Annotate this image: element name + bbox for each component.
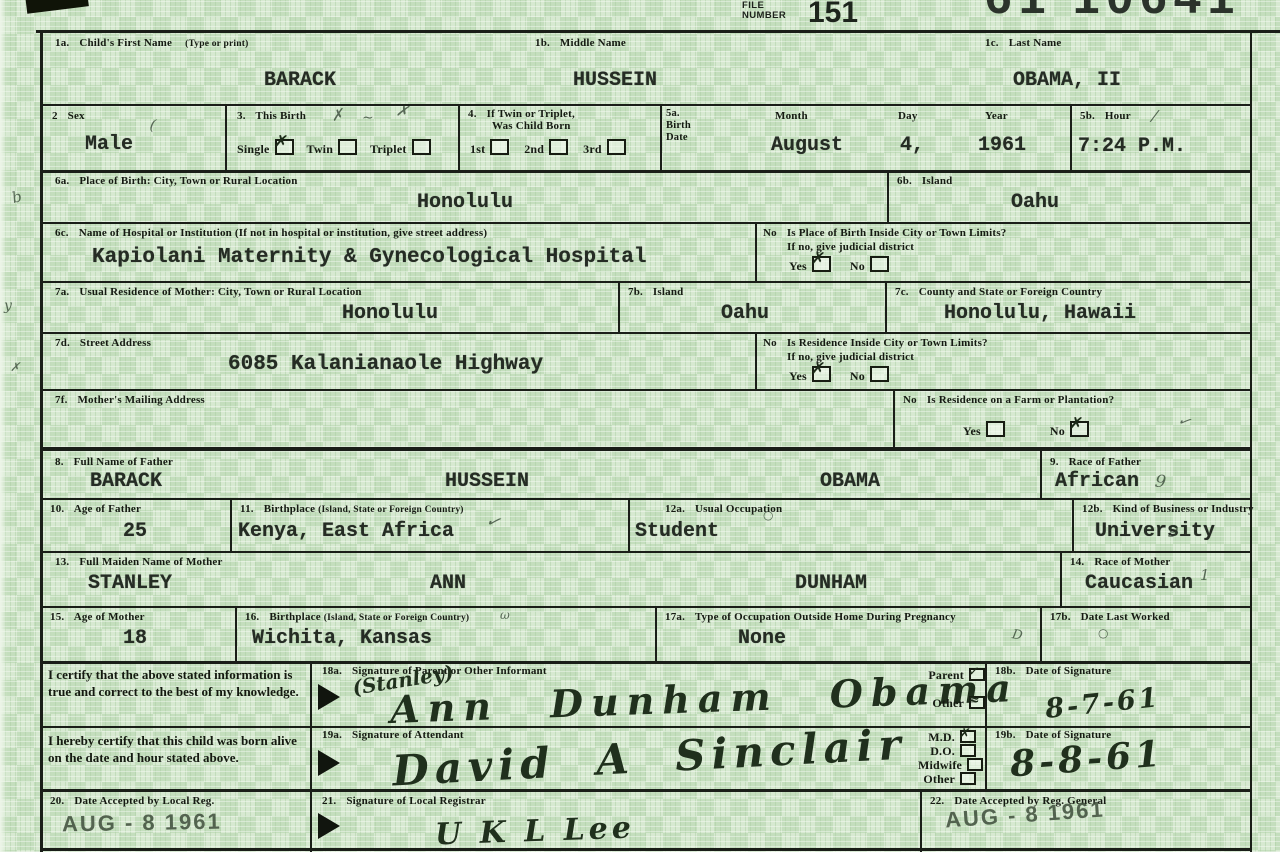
field-number: 4.: [468, 108, 477, 120]
divider: [40, 389, 1252, 391]
divider: [1250, 32, 1252, 852]
field-2-value: Male: [85, 133, 133, 156]
divider: [628, 498, 630, 551]
field-17a-value: None: [738, 627, 786, 650]
field-number: 7d.: [55, 337, 70, 349]
handwritten-mark: ○: [1098, 626, 1108, 640]
field-6d-label-line2: If no, give judicial district: [787, 241, 914, 253]
arrow-icon: [318, 813, 340, 839]
do-label: D.O.: [930, 744, 955, 758]
label-text: Middle Name: [560, 37, 626, 49]
arrow-icon: [318, 684, 340, 710]
checkbox-mark: ✗: [958, 726, 972, 741]
field-21-label: 21. Signature of Local Registrar: [322, 795, 486, 807]
midwife-label: Midwife: [918, 758, 962, 772]
midwife-option: Midwife: [918, 758, 976, 773]
divider: [40, 332, 1252, 334]
field-17a-label: 17a. Type of Occupation Outside Home Dur…: [665, 611, 956, 623]
label-hint: (Island, State or Foreign Country): [318, 505, 464, 515]
divider: [458, 104, 460, 170]
field-11-value: Kenya, East Africa: [238, 520, 454, 543]
divider: [235, 606, 237, 661]
checkbox-do: [960, 744, 976, 757]
label-hint: (Type or print): [185, 39, 248, 49]
option-twin-label: Twin: [307, 142, 334, 156]
divider: [40, 661, 1252, 664]
file-number-label: FILE NUMBER: [742, 1, 786, 21]
checkbox-7g-no: ✗: [1070, 421, 1089, 437]
divider: [1040, 606, 1042, 661]
label-text: Signature of Local Registrar: [346, 795, 486, 807]
label-text: Island: [922, 175, 953, 187]
checkbox-7e-yes: ✗: [812, 366, 831, 382]
checkbox-other-attendant: [960, 772, 976, 785]
field-10-value: 25: [95, 520, 175, 543]
field-number: 17b.: [1050, 611, 1071, 623]
field-18b-label: 18b. Date of Signature: [995, 665, 1111, 677]
label-text: Full Name of Father: [74, 456, 173, 468]
field-7g-options: Yes No✗: [963, 421, 1089, 439]
birth-month-value: August: [747, 134, 867, 157]
label-text: Race of Father: [1069, 456, 1141, 468]
field-number: 18b.: [995, 665, 1016, 677]
divider: [660, 104, 662, 170]
field-number: 19b.: [995, 729, 1016, 741]
checkbox-twin: [338, 139, 357, 155]
scan-edge: [0, 0, 7, 852]
checkbox-2nd: [549, 139, 568, 155]
father-last-name: OBAMA: [820, 470, 880, 493]
field-1b-label: 1b. Middle Name: [535, 37, 626, 49]
handwritten-mark: ✗: [395, 101, 410, 121]
other-label: Other: [923, 772, 955, 786]
field-20-label: 20. Date Accepted by Local Reg.: [50, 795, 214, 807]
label-text: Name of Hospital or Institution (If not …: [79, 227, 488, 239]
signature-attendant: David A Sinclair: [391, 720, 908, 796]
label-text: Full Maiden Name of Mother: [79, 556, 222, 568]
field-12b-label: 12b. Kind of Business or Industry: [1082, 503, 1254, 515]
month-column-label: Month: [775, 110, 808, 122]
do-option: D.O.: [918, 744, 976, 759]
label-text: Date Last Worked: [1081, 611, 1170, 623]
divider: [40, 170, 1252, 173]
divider: [1060, 551, 1062, 606]
handwritten-mark: 9: [1154, 471, 1168, 492]
label-text: Is Residence Inside City or Town Limits?: [787, 337, 988, 349]
field-10-label: 10. Age of Father: [50, 503, 141, 515]
arrow-icon: [318, 750, 340, 776]
no-label: No: [850, 369, 865, 383]
divider: [40, 281, 1252, 283]
field-number: No: [763, 337, 777, 349]
label-text: Birthplace: [264, 503, 316, 515]
option-3rd-label: 3rd: [583, 142, 602, 156]
field-number: 2: [52, 110, 58, 122]
label-text: Signature of Attendant: [352, 729, 464, 741]
field-7e-options: Yes✗ No: [789, 366, 889, 384]
label-text: If Twin or Triplet,: [487, 108, 575, 120]
label-text: This Birth: [255, 110, 306, 122]
option-1st-label: 1st: [470, 142, 485, 156]
label-text: Place of Birth: City, Town or Rural Loca…: [79, 175, 297, 187]
field-number: 10.: [50, 503, 64, 515]
field-1b-value: HUSSEIN: [535, 69, 695, 92]
divider: [40, 726, 1252, 728]
field-number: 13.: [55, 556, 69, 568]
label-text: Usual Residence of Mother: City, Town or…: [79, 286, 361, 298]
handwritten-mark: ∼: [362, 110, 374, 126]
field-number: 1a.: [55, 37, 69, 49]
divider: [225, 104, 227, 170]
birth-year-value: 1961: [952, 134, 1052, 157]
divider: [985, 726, 987, 789]
divider: [40, 222, 1252, 224]
no-label: No: [850, 259, 865, 273]
checkbox-3rd: [607, 139, 626, 155]
field-1c-value: OBAMA, II: [977, 69, 1157, 92]
field-5a-label-line2: Date: [666, 132, 688, 143]
field-number: 14.: [1070, 556, 1084, 568]
parent-label: Parent: [928, 668, 964, 682]
birth-certificate-document: FILE NUMBER 151 61 10641 1a. Ch: [0, 0, 1280, 852]
label-text: Hour: [1105, 110, 1131, 122]
field-number: 1c.: [985, 37, 999, 49]
field-1c-label: 1c. Last Name: [985, 37, 1062, 49]
field-6c-label: 6c. Name of Hospital or Institution (If …: [55, 227, 487, 239]
birth-hour-value: 7:24 P.M.: [1078, 135, 1186, 158]
label-text: Street Address: [80, 337, 151, 349]
md-option: M.D.✗: [918, 730, 976, 745]
other-attendant-option: Other: [918, 772, 976, 787]
checkbox-midwife: [967, 758, 983, 771]
divider: [40, 32, 43, 852]
label-text: Type of Occupation Outside Home During P…: [695, 611, 956, 623]
checkbox-mark: ✗: [810, 360, 826, 379]
field-1a-value: BARACK: [220, 69, 380, 92]
other-informant-option: Other≈: [925, 696, 985, 711]
divider: [310, 789, 312, 852]
field-7d-label: 7d. Street Address: [55, 337, 151, 349]
mother-middle-name: ANN: [430, 572, 466, 595]
handwritten-mark: 1: [1200, 566, 1210, 584]
checkbox-7e-no: [870, 366, 889, 382]
divider: [310, 661, 312, 726]
label-text: Age of Father: [74, 503, 141, 515]
field-6b-label: 6b. Island: [897, 175, 952, 187]
mother-maiden-name: DUNHAM: [795, 572, 867, 595]
checkbox-single: ✗: [275, 139, 294, 155]
divider: [40, 789, 1252, 792]
field-3-options: Single✗ Twin Triplet: [237, 139, 431, 157]
field-number: 22.: [930, 795, 944, 807]
divider: [920, 789, 922, 852]
divider: [40, 848, 1252, 851]
field-7g-label: No Is Residence on a Farm or Plantation?: [903, 394, 1114, 406]
informant-signature-date: 8-7-61: [1044, 682, 1162, 725]
field-number: 12b.: [1082, 503, 1103, 515]
divider: [618, 281, 620, 332]
certificate-number-clipped: 61 10641: [985, 0, 1260, 24]
field-4-label-line2: Was Child Born: [492, 120, 571, 132]
field-12b-value: University: [1095, 520, 1215, 543]
field-number: 20.: [50, 795, 64, 807]
field-7e-label-line2: If no, give judicial district: [787, 351, 914, 363]
handwritten-mark: ✗: [329, 105, 345, 125]
field-11-label: 11. Birthplace (Island, State or Foreign…: [240, 503, 464, 515]
divider: [1072, 498, 1074, 551]
field-number: 15.: [50, 611, 64, 623]
field-6c-value: Kapiolani Maternity & Gynecological Hosp…: [92, 246, 647, 269]
field-number: No: [903, 394, 917, 406]
field-6a-value: Honolulu: [385, 191, 545, 214]
label-text: Child's First Name: [79, 37, 172, 49]
attendant-certification-text: I hereby certify that this child was bor…: [48, 733, 302, 766]
year-column-label: Year: [985, 110, 1008, 122]
field-number: 6a.: [55, 175, 69, 187]
field-1a-label: 1a. Child's First Name (Type or print): [55, 37, 248, 49]
field-6d-label: No Is Place of Birth Inside City or Town…: [763, 227, 1006, 239]
yes-label: Yes: [789, 369, 807, 383]
label-text: Race of Mother: [1094, 556, 1170, 568]
field-3-label: 3. This Birth: [237, 110, 306, 122]
handwritten-mark: (: [148, 116, 157, 135]
field-7c-label: 7c. County and State or Foreign Country: [895, 286, 1102, 298]
option-2nd-label: 2nd: [524, 142, 544, 156]
field-number: 12a.: [665, 503, 685, 515]
divider: [885, 281, 887, 332]
field-2-label: 2 Sex: [52, 110, 85, 122]
other-label: Other: [932, 696, 964, 710]
parent-option: Parent✓: [925, 668, 985, 683]
handwritten-mark: D: [1011, 627, 1024, 644]
day-column-label: Day: [898, 110, 918, 122]
field-9-label: 9. Race of Father: [1050, 456, 1141, 468]
handwritten-mark: b: [10, 187, 24, 207]
checkbox-triplet: [412, 139, 431, 155]
label-text: Sex: [68, 110, 85, 122]
field-8-label: 8. Full Name of Father: [55, 456, 173, 468]
divider: [1040, 451, 1042, 498]
field-number: 18a.: [322, 665, 342, 677]
handwritten-mark: ω: [500, 608, 510, 622]
signature-local-registrar: U K L Lee: [434, 811, 635, 852]
field-17b-label: 17b. Date Last Worked: [1050, 611, 1170, 623]
handwritten-mark: ○: [763, 508, 773, 522]
mother-first-name: STANLEY: [88, 572, 172, 595]
handwritten-mark: ✓: [1175, 410, 1194, 432]
label-text: Age of Mother: [74, 611, 145, 623]
field-7f-label: 7f. Mother's Mailing Address: [55, 394, 205, 406]
checkbox-other-informant: ≈: [969, 696, 985, 709]
checkbox-mark: ≈: [967, 692, 981, 707]
field-14-value: Caucasian: [1085, 572, 1193, 595]
divider: [40, 498, 1252, 500]
divider: [1070, 104, 1072, 170]
handwritten-mark: y: [4, 298, 12, 314]
handwritten-mark: /: [1150, 106, 1159, 126]
label-text: Date Accepted by Local Reg.: [74, 795, 214, 807]
field-number: 16.: [245, 611, 259, 623]
checkbox-6d-yes: ✗: [812, 256, 831, 272]
field-number: 21.: [322, 795, 336, 807]
divider: [893, 389, 895, 447]
informant-certification-text: I certify that the above stated informat…: [48, 667, 302, 700]
md-label: M.D.: [928, 730, 955, 744]
divider: [40, 551, 1252, 553]
field-number: 1b.: [535, 37, 550, 49]
field-5b-label: 5b. Hour: [1080, 110, 1131, 122]
field-number: 11.: [240, 503, 254, 515]
option-triplet-label: Triplet: [370, 142, 407, 156]
field-6b-value: Oahu: [955, 191, 1115, 214]
field-4-options: 1st 2nd 3rd: [470, 139, 626, 157]
checkbox-6d-no: [870, 256, 889, 272]
field-16-label: 16. Birthplace (Island, State or Foreign…: [245, 611, 469, 623]
label-text: Birthplace: [269, 611, 321, 623]
yes-label: Yes: [789, 259, 807, 273]
checkbox-7g-yes: [986, 421, 1005, 437]
label-text: Last Name: [1009, 37, 1062, 49]
certificate-number-value: 61 10641: [985, 0, 1241, 24]
label-text: Is Place of Birth Inside City or Town Li…: [787, 227, 1007, 239]
field-number: 17a.: [665, 611, 685, 623]
scan-artifact: [25, 0, 89, 14]
divider: [655, 606, 657, 661]
divider: [40, 447, 1252, 451]
divider: [36, 30, 1280, 33]
field-number: 6c.: [55, 227, 69, 239]
checkbox-mark: ✗: [1068, 415, 1084, 434]
field-number: 6b.: [897, 175, 912, 187]
checkbox-parent: ✓: [969, 668, 985, 681]
field-number: 19a.: [322, 729, 342, 741]
field-5a-number: 5a.: [666, 108, 680, 119]
label-text: Kind of Business or Industry: [1113, 503, 1254, 515]
divider: [887, 170, 889, 222]
handwritten-mark: ✗: [10, 360, 20, 374]
divider: [40, 606, 1252, 608]
checkbox-mark: ✓: [967, 664, 981, 679]
field-7b-value: Oahu: [665, 302, 825, 325]
field-number: No: [763, 227, 777, 239]
field-number: 8.: [55, 456, 64, 468]
field-number: 9.: [1050, 456, 1059, 468]
field-7c-value: Honolulu, Hawaii: [935, 302, 1145, 325]
field-7a-label: 7a. Usual Residence of Mother: City, Tow…: [55, 286, 362, 298]
divider: [755, 222, 757, 281]
divider: [230, 498, 232, 551]
date-stamp-local-registrar: AUG - 8 1961: [62, 809, 222, 838]
field-16-value: Wichita, Kansas: [252, 627, 432, 650]
file-number-value: 151: [808, 0, 858, 30]
option-single-label: Single: [237, 142, 270, 156]
field-number: 7c.: [895, 286, 909, 298]
checkbox-md: ✗: [960, 730, 976, 743]
field-15-value: 18: [95, 627, 175, 650]
field-7e-label: No Is Residence Inside City or Town Limi…: [763, 337, 988, 349]
checkbox-mark: ✗: [810, 250, 826, 269]
field-number: 3.: [237, 110, 246, 122]
label-text: Is Residence on a Farm or Plantation?: [927, 394, 1114, 406]
field-number: 7f.: [55, 394, 68, 406]
field-9-value: African: [1055, 470, 1139, 493]
no-label: No: [1050, 424, 1065, 438]
handwritten-mark: 9: [1167, 522, 1179, 542]
field-14-label: 14. Race of Mother: [1070, 556, 1170, 568]
label-text: Mother's Mailing Address: [77, 394, 204, 406]
field-number: 7b.: [628, 286, 643, 298]
field-7b-label: 7b. Island: [628, 286, 683, 298]
field-number: 7a.: [55, 286, 69, 298]
yes-label: Yes: [963, 424, 981, 438]
field-19a-label: 19a. Signature of Attendant: [322, 729, 464, 741]
checkbox-1st: [490, 139, 509, 155]
field-12a-value: Student: [635, 520, 719, 543]
field-6a-label: 6a. Place of Birth: City, Town or Rural …: [55, 175, 298, 187]
field-6d-options: Yes✗ No: [789, 256, 889, 274]
field-7a-value: Honolulu: [310, 302, 470, 325]
father-middle-name: HUSSEIN: [445, 470, 529, 493]
field-13-label: 13. Full Maiden Name of Mother: [55, 556, 223, 568]
field-number: 5b.: [1080, 110, 1095, 122]
field-5a-label-line1: Birth: [666, 120, 691, 131]
divider: [310, 726, 312, 789]
divider: [755, 332, 757, 389]
label-hint: (Island, State or Foreign Country): [324, 613, 470, 623]
field-7d-value: 6085 Kalanianaole Highway: [228, 353, 543, 376]
checkbox-mark: ✗: [273, 133, 289, 152]
label-text: Island: [653, 286, 684, 298]
father-first-name: BARACK: [90, 470, 162, 493]
label-text: Date of Signature: [1026, 665, 1112, 677]
file-label-line2: NUMBER: [742, 11, 786, 21]
birth-day-value: 4,: [882, 134, 942, 157]
field-15-label: 15. Age of Mother: [50, 611, 145, 623]
handwritten-mark: ✓: [483, 510, 503, 533]
label-text: County and State or Foreign Country: [919, 286, 1103, 298]
field-4-label: 4. If Twin or Triplet,: [468, 108, 575, 120]
